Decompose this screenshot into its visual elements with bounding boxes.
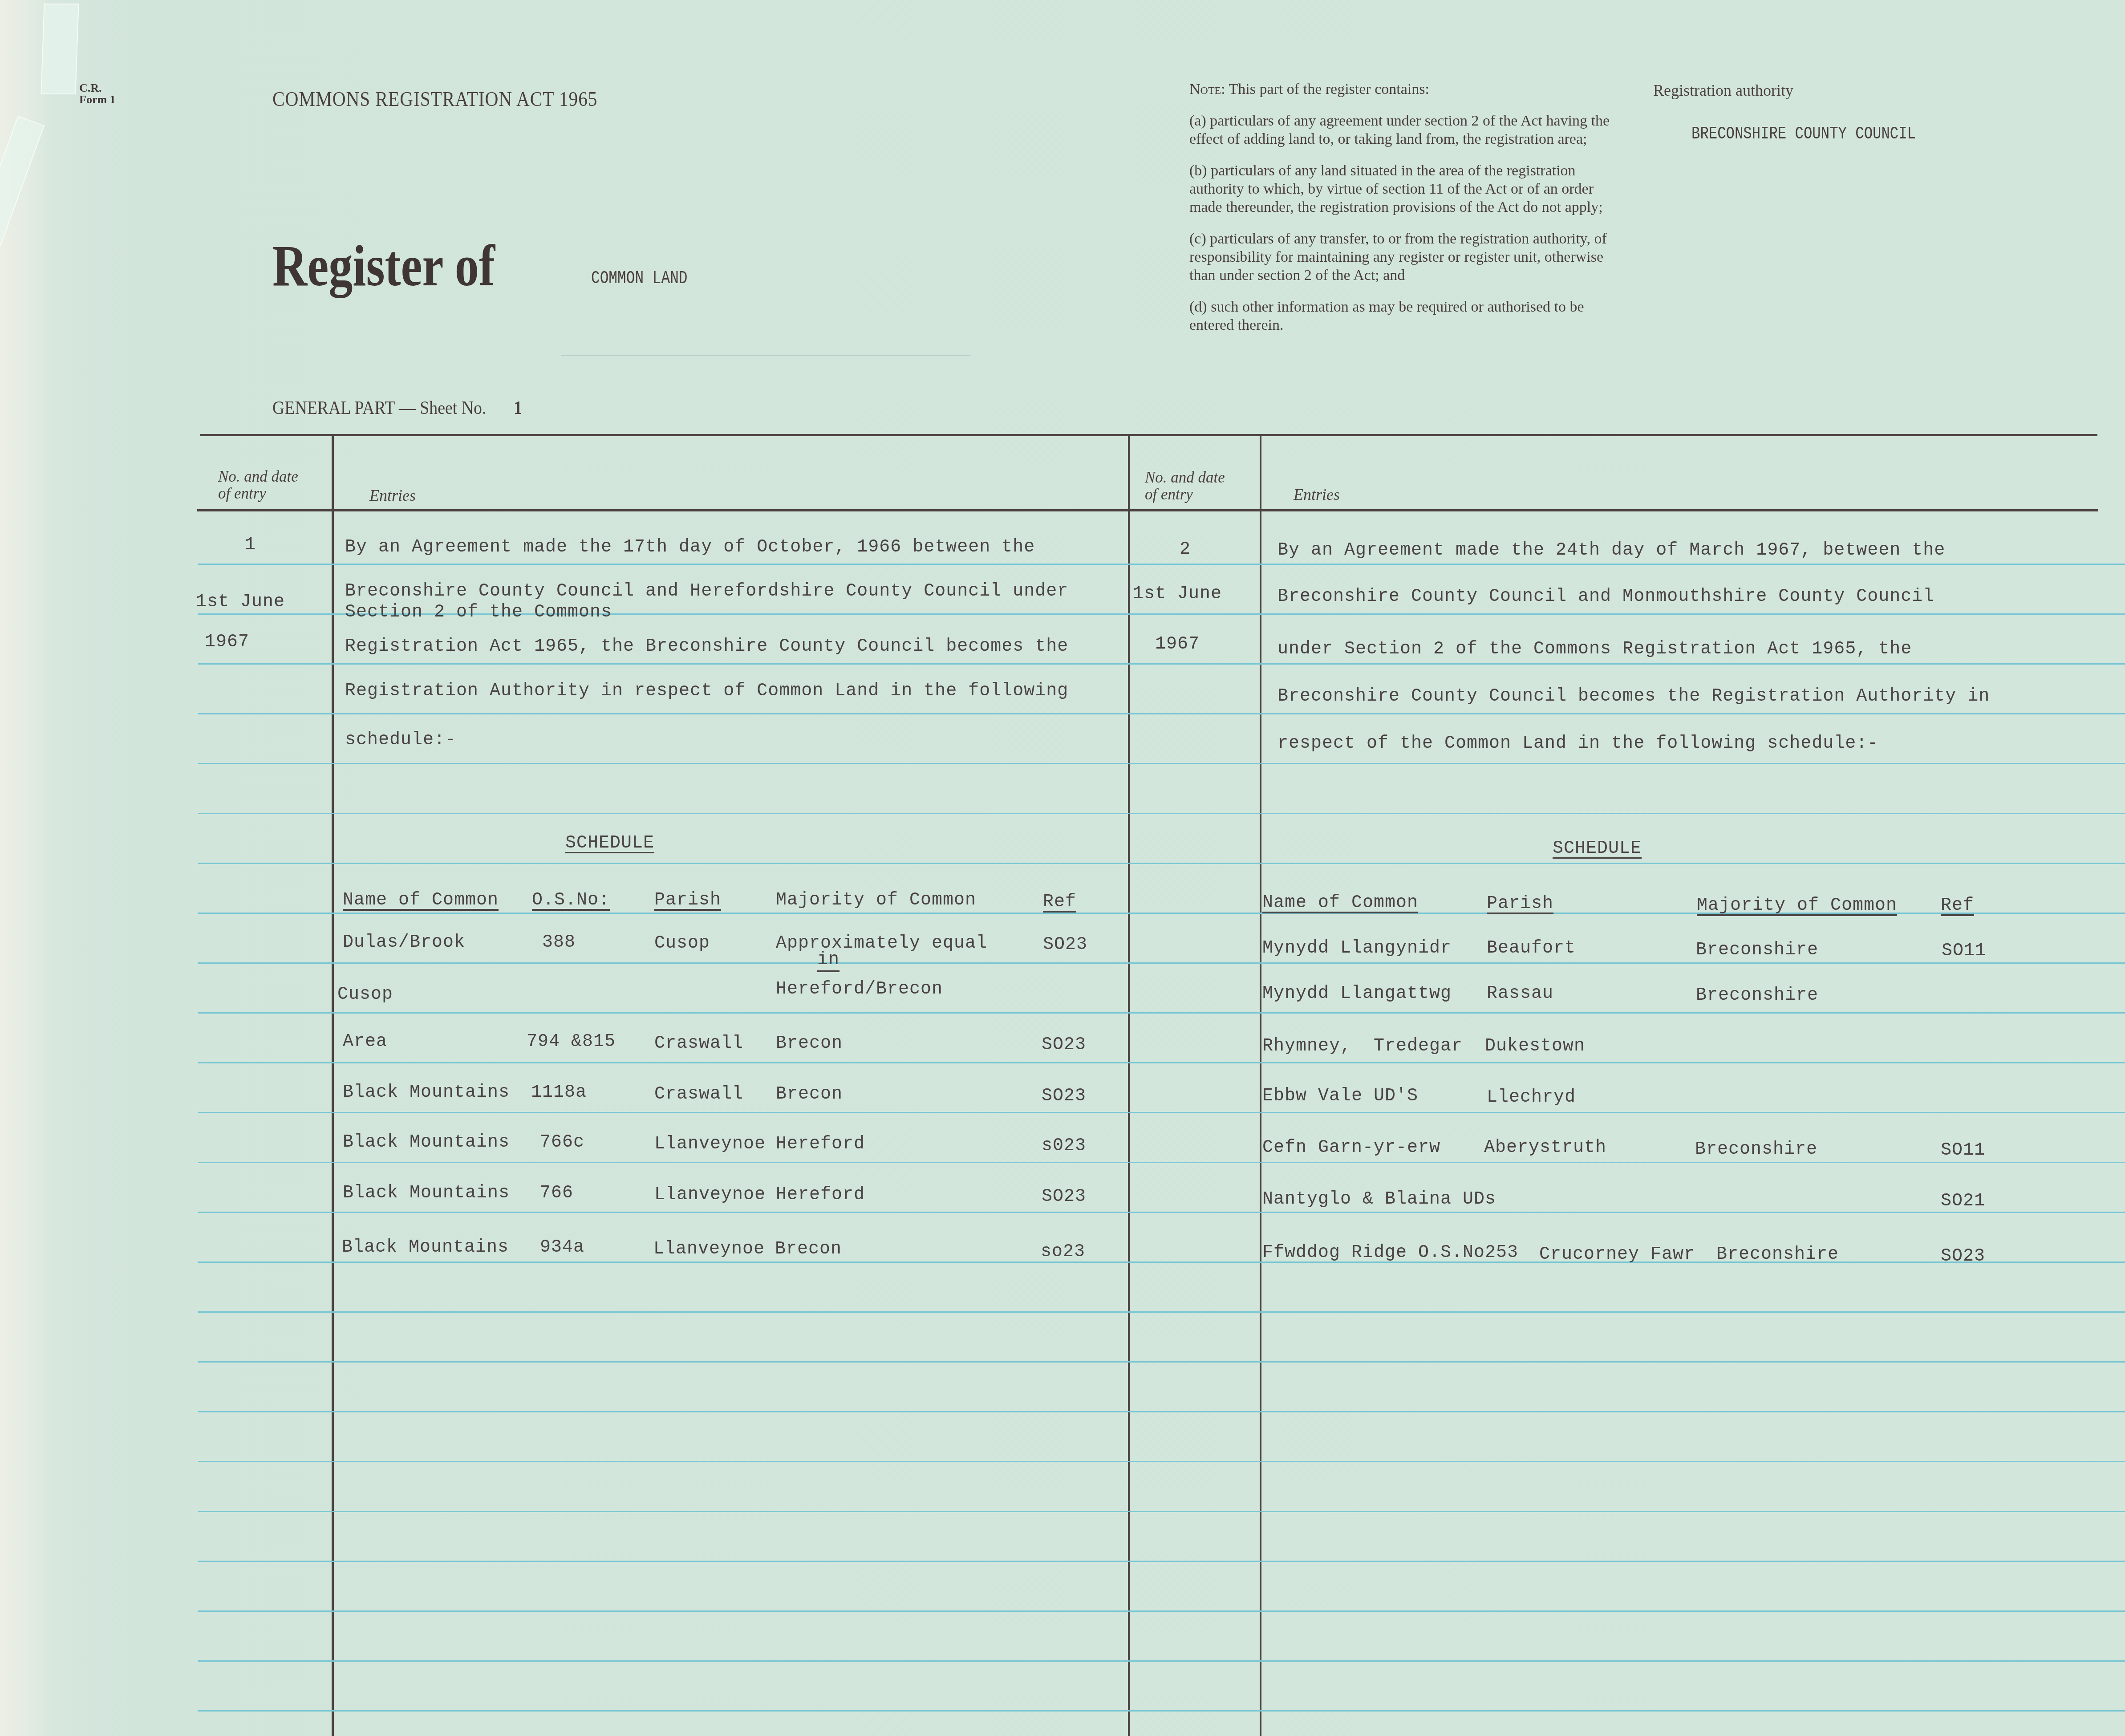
cell-name: Cefn Garn-yr-erw <box>1262 1138 1440 1158</box>
cell-majority: Hereford <box>776 1185 865 1205</box>
entry1-number: 1 <box>245 535 256 555</box>
cell-name: Rhymney, Tredegar <box>1262 1036 1463 1056</box>
cell-name: Black Mountains <box>343 1083 510 1103</box>
entry1-text-line: Registration Authority in respect of Com… <box>345 681 1068 701</box>
cell-os: 1118a <box>531 1083 587 1103</box>
note-item-a: (a) particulars of any agreement under s… <box>1189 112 1626 148</box>
cell-name: Nantyglo & Blaina UDs <box>1262 1189 1496 1209</box>
authority-label: Registration authority <box>1653 81 1793 100</box>
cell-name: Black Mountains <box>343 1183 510 1203</box>
entry2-text-line: By an Agreement made the 24th day of Mar… <box>1277 540 1945 560</box>
table-top-rule <box>200 434 2097 436</box>
cell-name: Mynydd Llangynidr <box>1262 938 1452 958</box>
cell-majority: Approximately equal <box>776 933 987 953</box>
cell-majority: Breconshire <box>1716 1245 1839 1265</box>
entry1-date-line1: 1st June <box>196 592 285 612</box>
general-part-label: GENERAL PART — Sheet No. 1 <box>272 397 522 419</box>
cell-ref: SO23 <box>1042 1187 1086 1207</box>
cell-majority: Breconshire <box>1695 1140 1817 1160</box>
cell-majority: Brecon <box>776 1084 843 1104</box>
entry2-text-line: Breconshire County Council and Monmouths… <box>1277 587 1934 607</box>
entry2-date-line2: 1967 <box>1155 634 1200 654</box>
cell-ref: SO23 <box>1941 1246 1985 1266</box>
sheet-number: 1 <box>514 398 522 418</box>
note-heading: Note: This part of the register contains… <box>1189 80 1626 98</box>
torn-margin <box>0 0 53 1736</box>
cell-majority: Breconshire <box>1696 986 1818 1006</box>
entry2-text-line: Breconshire County Council becomes the R… <box>1277 686 1990 706</box>
entry1-text-line: Registration Act 1965, the Breconshire C… <box>345 637 1068 657</box>
cell-os: 388 <box>542 933 576 953</box>
register-type: COMMON LAND <box>591 269 688 289</box>
entry2-header-majority: Majority of Common <box>1697 896 1897 916</box>
note-heading-text: : This part of the register contains: <box>1221 81 1429 97</box>
cell-name: Mynydd Llangattwg <box>1262 984 1452 1004</box>
form-code: C.R. Form 1 <box>79 82 116 105</box>
cell-name: Black Mountains <box>342 1237 509 1257</box>
form-code-line1: C.R. <box>79 82 116 94</box>
cell-parish: Beaufort <box>1487 938 1576 958</box>
entry2-text-line: respect of the Common Land in the follow… <box>1277 734 1878 754</box>
cell-majority: Hereford/Brecon <box>776 979 943 999</box>
entry1-header-ref: Ref <box>1043 892 1076 912</box>
entry2-schedule-title: SCHEDULE <box>1553 839 1642 859</box>
cell-name: Black Mountains <box>343 1132 510 1152</box>
cell-ref: so23 <box>1041 1242 1085 1262</box>
note-item-d: (d) such other information as may be req… <box>1189 298 1626 334</box>
cell-parish: Craswall <box>654 1034 743 1054</box>
entry1-text-line: schedule:- <box>345 730 456 750</box>
table-header-rule <box>197 509 2098 511</box>
cell-ref: SO11 <box>1941 1140 1985 1160</box>
header-no-date-left: No. and date of entry <box>218 468 298 502</box>
cell-parish: Llechryd <box>1487 1087 1576 1107</box>
cell-ref: SO21 <box>1941 1191 1985 1211</box>
cell-parish: Craswall <box>654 1084 743 1104</box>
header-entries-right: Entries <box>1294 485 1340 504</box>
note-item-b: (b) particulars of any land situated in … <box>1189 162 1626 216</box>
note-heading-label: Note <box>1189 81 1221 97</box>
cell-ref: SO23 <box>1043 935 1087 955</box>
note-block: Note: This part of the register contains… <box>1189 80 1626 348</box>
cell-majority: Breconshire <box>1696 940 1818 960</box>
cell-parish: Crucorney Fawr <box>1539 1245 1695 1265</box>
cell-name: Ebbw Vale UD'S <box>1262 1086 1418 1106</box>
entry2-number: 2 <box>1180 539 1191 560</box>
cell-parish: Llanveynoe <box>654 1134 766 1154</box>
cell-ref: SO11 <box>1942 941 1986 961</box>
entry1-text-line: Breconshire County Council and Herefords… <box>345 581 1068 601</box>
entry1-header-name: Name of Common <box>343 890 499 910</box>
entry2-header-name: Name of Common <box>1262 893 1418 913</box>
cell-parish: Aberystruth <box>1484 1138 1606 1158</box>
header-entries-left: Entries <box>369 486 416 505</box>
entry2-header-parish: Parish <box>1487 894 1553 914</box>
cell-majority: Brecon <box>776 1034 843 1054</box>
act-title: COMMONS REGISTRATION ACT 1965 <box>272 87 597 111</box>
form-code-line2: Form 1 <box>79 94 116 105</box>
cell-ref: s023 <box>1042 1136 1086 1156</box>
header-no-date-line2: of entry <box>218 485 298 502</box>
entry1-text-line: Section 2 of the Commons <box>345 602 612 622</box>
register-type-underline <box>561 355 970 356</box>
tape-strip <box>41 4 79 94</box>
cell-name: Cusop <box>337 985 393 1005</box>
entry1-date-line2: 1967 <box>205 632 249 652</box>
entry1-text-line: By an Agreement made the 17th day of Oct… <box>345 537 1035 557</box>
cell-os: 766 <box>540 1183 573 1203</box>
header-no-date-line1: No. and date <box>218 468 298 485</box>
header-no-date-line1: No. and date <box>1145 469 1225 486</box>
cell-os: 766c <box>540 1132 584 1152</box>
cell-name: Area <box>343 1032 387 1052</box>
entry1-header-majority: Majority of Common <box>776 890 976 910</box>
cell-os: 934a <box>540 1237 584 1257</box>
entry1-header-parish: Parish <box>654 890 721 910</box>
cell-ref: SO23 <box>1042 1086 1086 1106</box>
cell-parish: Llanveynoe <box>653 1239 765 1259</box>
entry1-schedule-title: SCHEDULE <box>565 833 654 853</box>
cell-parish: Dukestown <box>1485 1036 1585 1056</box>
cell-parish: Llanveynoe <box>654 1185 766 1205</box>
cell-parish: Rassau <box>1487 984 1553 1004</box>
note-item-c: (c) particulars of any transfer, to or f… <box>1189 230 1626 284</box>
entry2-text-line: under Section 2 of the Commons Registrat… <box>1277 639 1912 659</box>
entry2-date-line1: 1st June <box>1133 584 1222 604</box>
entry2-header-ref: Ref <box>1941 896 1974 916</box>
cell-name: Ffwddog Ridge O.S.No253 <box>1262 1243 1518 1263</box>
general-part-text: GENERAL PART — Sheet No. <box>272 398 486 418</box>
header-no-date-right: No. and date of entry <box>1145 469 1225 503</box>
cell-ref: SO23 <box>1042 1035 1086 1055</box>
entry1-header-os: O.S.No: <box>532 890 610 910</box>
cell-majority: in <box>817 950 839 970</box>
cell-majority: Hereford <box>776 1134 865 1154</box>
cell-parish: Cusop <box>654 933 710 953</box>
cell-name: Dulas/Brook <box>343 933 465 953</box>
cell-os: 794 &815 <box>527 1032 616 1052</box>
register-of-heading: Register of <box>272 231 495 300</box>
authority-value: BRECONSHIRE COUNTY COUNCIL <box>1691 125 1916 144</box>
header-no-date-line2: of entry <box>1145 486 1225 503</box>
cell-majority: Brecon <box>775 1239 842 1259</box>
